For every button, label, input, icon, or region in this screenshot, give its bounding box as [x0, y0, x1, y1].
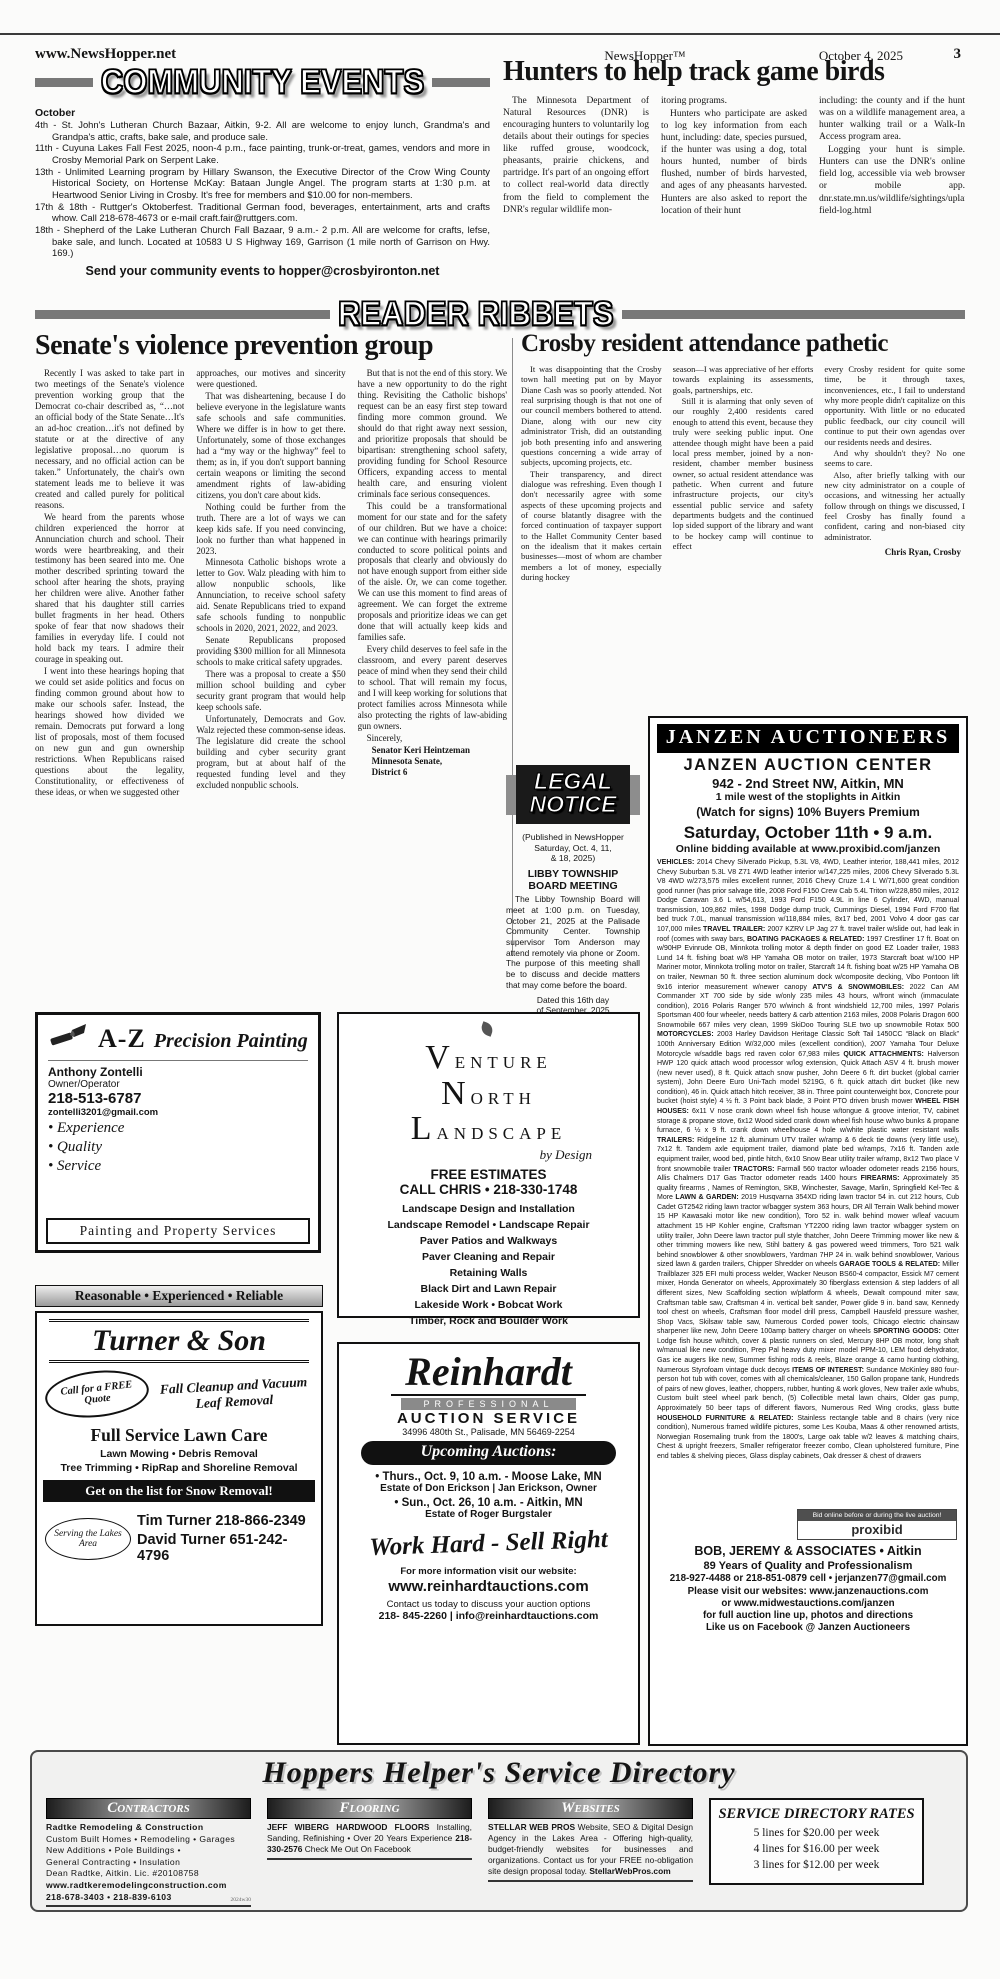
paragraph: But that is not the end of this story. W… — [358, 368, 507, 500]
turner-quote-badge: Call for a FREE Quote — [43, 1366, 151, 1423]
janzen-lineup-line: for full auction line up, photos and dir… — [657, 1610, 959, 1622]
paragraph: Still it is alarming that only seven of … — [673, 396, 814, 551]
senate-letter: Senate's violence prevention group Recen… — [35, 330, 507, 956]
paragraph: Their transparency, and direct dialogue … — [521, 469, 662, 583]
newspaper-page: www.NewsHopper.net NewsHopper™ October 4… — [0, 0, 1000, 1979]
ad-line: Radtke Remodeling & Construction — [46, 1822, 251, 1834]
legal-title: LIBBY TOWNSHIP BOARD MEETING — [506, 868, 640, 892]
az-brand: A-Z Precision Painting — [98, 1024, 308, 1054]
rate-line: 4 lines for $16.00 per week — [717, 1843, 916, 1855]
directory-websites: Websites STELLAR WEB PROS Website, SEO &… — [488, 1798, 693, 1882]
az-bullet: • Experience — [48, 1120, 308, 1137]
paragraph: That was disheartening, because I do bel… — [196, 391, 345, 501]
flooring-heading: Flooring — [267, 1798, 472, 1819]
ad-line: Dean Radtke, Aitkin. Lic. #20108758 — [46, 1868, 251, 1880]
hunters-article: Hunters to help track game birds The Min… — [503, 56, 965, 257]
auction-date-line: • Thurs., Oct. 9, 10 a.m. - Moose Lake, … — [347, 1471, 630, 1483]
banner-bar — [35, 78, 93, 87]
service-line: Landscape Remodel • Landscape Repair — [345, 1219, 632, 1231]
events-list: 4th - St. John's Lutheran Church Bazaar,… — [35, 119, 490, 259]
paragraph: There was a proposal to create a $50 mil… — [196, 669, 345, 713]
turner-contacts: Tim Turner 218-866-2349David Turner 651-… — [137, 1510, 313, 1567]
banner-bar — [622, 310, 965, 319]
category-label: FIREARMS: — [861, 1175, 904, 1182]
directory-rates-box: SERVICE DIRECTORY RATES 5 lines for $20.… — [709, 1798, 924, 1885]
janzen-associates-line: BOB, JEREMY & ASSOCIATES • Aitkin — [657, 1544, 959, 1560]
site-url: www.NewsHopper.net — [35, 46, 176, 63]
az-bullet: • Service — [48, 1158, 308, 1175]
rate-line: 5 lines for $20.00 per week — [717, 1827, 916, 1839]
crosby-column-3: every Crosby resident for quite some tim… — [824, 364, 965, 696]
rates-heading: SERVICE DIRECTORY RATES — [717, 1806, 916, 1823]
hunters-column-3: including: the county and if the hunt wa… — [819, 95, 965, 257]
turner-brand: Turner & Son — [49, 1319, 309, 1363]
reader-ribbets-banner: READER RIBBETS — [35, 296, 965, 332]
az-precision-painting-ad: A-Z Precision Painting Anthony Zontelli … — [35, 1012, 321, 1253]
contact-line: Tim Turner 218-866-2349 — [137, 1513, 313, 1529]
service-line: Black Dirt and Lawn Repair — [345, 1283, 632, 1295]
rate-line: 3 lines for $12.00 per week — [717, 1859, 916, 1871]
venture-brand-line-1: VENTURE — [345, 1040, 632, 1076]
venture-north-ad: VENTURE NORTH LANDSCAPE by Design FREE E… — [337, 1012, 640, 1318]
janzen-website-line-1: Please visit our websites: www.janzenauc… — [657, 1586, 959, 1598]
contractors-heading: Contractors — [46, 1798, 251, 1819]
category-label: TRACTORS: — [733, 1166, 777, 1173]
legal-published-line: (Published in NewsHopper Saturday, Oct. … — [506, 832, 640, 864]
banner-title: READER RIBBETS — [330, 294, 622, 334]
service-line: Paver Patios and Walkways — [345, 1235, 632, 1247]
turner-fall-line: Fall Cleanup and Vacuum Leaf Removal — [154, 1374, 313, 1414]
hunters-column-2: itoring programs.Hunters who participate… — [661, 95, 807, 257]
reinhardt-upcoming-banner: Upcoming Auctions: — [361, 1441, 616, 1465]
turner-bottom-row: Serving the Lakes Area Tim Turner 218-86… — [45, 1510, 313, 1567]
janzen-sale-date: Saturday, October 11th • 9 a.m. — [657, 823, 959, 843]
category-label: BOATING PACKAGES & RELATED: — [747, 936, 867, 943]
paragraph: itoring programs. — [661, 95, 807, 107]
senate-column-3: But that is not the end of this story. W… — [358, 368, 507, 956]
paragraph: every Crosby resident for quite some tim… — [824, 364, 965, 447]
janzen-watch-line: (Watch for signs) 10% Buyers Premium — [657, 805, 959, 819]
service-line: Landscape Design and Installation — [345, 1203, 632, 1215]
legal-black-box: LEGAL NOTICE — [516, 765, 630, 824]
reinhardt-professional: PROFESSIONAL — [401, 1398, 576, 1410]
community-events-banner: COMMUNITY EVENTS — [35, 64, 490, 100]
janzen-facebook-line: Like us on Facebook @ Janzen Auctioneers — [657, 1622, 959, 1634]
directory-contractors: Contractors Radtke Remodeling & Construc… — [46, 1798, 251, 1907]
event-item: 11th - Cuyuna Lakes Fall Fest 2025, noon… — [35, 142, 490, 165]
venture-tagline: by Design — [345, 1147, 592, 1163]
auction-estate-line: Estate of Roger Burgstaler — [347, 1509, 630, 1520]
ad-line: General Contracting • Insulation — [46, 1857, 251, 1869]
auction-date-line: • Sun., Oct. 26, 10 a.m. - Aitkin, MN — [347, 1497, 630, 1509]
category-label: ATV'S & SNOWMOBILES: — [812, 984, 909, 991]
hunters-headline: Hunters to help track game birds — [503, 56, 965, 88]
az-brand-name: Precision Painting — [154, 1030, 308, 1052]
janzen-auctioneers-ad: JANZEN AUCTIONEERS JANZEN AUCTION CENTER… — [648, 716, 968, 1746]
reinhardt-website: www.reinhardtauctions.com — [347, 1578, 630, 1595]
service-line: Lawn Mowing • Debris Removal — [45, 1448, 313, 1460]
category-label: QUICK ATTACHMENTS: — [843, 1051, 927, 1058]
radtke-lines: Radtke Remodeling & ConstructionCustom B… — [46, 1822, 251, 1903]
crosby-letter: Crosby resident attendance pathetic It w… — [521, 330, 965, 696]
venture-brand-line-3: LANDSCAPE — [345, 1111, 632, 1147]
paragraph: Also, after briefly talking with our new… — [824, 470, 965, 543]
crosby-column-1: It was disappointing that the Crosby tow… — [521, 364, 662, 696]
paragraph: Every child deserves to feel safe in the… — [358, 644, 507, 732]
janzen-address-2: 1 mile west of the stoplights in Aitkin — [657, 791, 959, 803]
banner-bar — [432, 78, 490, 87]
category-label: MOTORCYCLES: — [657, 1031, 717, 1038]
janzen-online-line: Online bidding available at www.proxibid… — [657, 843, 959, 855]
category-label: JEFF WIBERG HARDWOOD FLOORS — [267, 1822, 437, 1832]
turner-top-line: Reasonable • Experienced • Reliable — [35, 1285, 323, 1307]
service-line: Timber, Rock and Boulder Work — [345, 1315, 632, 1327]
paragraph: Senate Republicans proposed providing $3… — [196, 635, 345, 668]
az-phone: 218-513-6787 — [48, 1090, 308, 1107]
az-owner-name: Anthony Zontelli — [48, 1065, 308, 1079]
banner-bar — [35, 310, 330, 319]
reinhardt-auction-1: • Thurs., Oct. 9, 10 a.m. - Moose Lake, … — [347, 1471, 630, 1494]
ad-line: 218-678-3403 • 218-839-6103 — [46, 1892, 251, 1904]
proxibid-box: Bid online before or during the live auc… — [797, 1509, 957, 1540]
turner-services-list: Lawn Mowing • Debris RemovalTree Trimmin… — [45, 1448, 313, 1474]
ad-line: New Additions • Pole Buildings • — [46, 1845, 251, 1857]
ad-line: www.radtkeremodelingconstruction.com — [46, 1880, 251, 1892]
category-label: ITEMS OF INTEREST: — [792, 1367, 866, 1374]
az-bullet-list: • Experience• Quality• Service — [48, 1120, 308, 1175]
proxibid-logo: proxibid — [798, 1521, 956, 1539]
paragraph: This could be a transformational moment … — [358, 501, 507, 644]
service-line: Retaining Walls — [345, 1267, 632, 1279]
radtke-ad-code: 2024w30 — [231, 1897, 251, 1903]
reinhardt-address: 34996 480th St., Palisade, MN 56469-2254 — [347, 1427, 630, 1437]
turner-snow-bar: Get on the list for Snow Removal! — [43, 1480, 315, 1502]
janzen-address: 942 - 2nd Street NW, Aitkin, MN — [657, 776, 959, 791]
rates-lines: 5 lines for $20.00 per week4 lines for $… — [717, 1827, 916, 1871]
az-footer-strip: Painting and Property Services — [46, 1218, 310, 1244]
turner-serving-badge: Serving the Lakes Area — [45, 1518, 131, 1560]
paragraph: Nothing could be further from the truth.… — [196, 502, 345, 557]
az-brand-az: A-Z — [98, 1024, 146, 1053]
directory-title: Hoppers Helper's Service Directory — [46, 1756, 952, 1790]
turner-box: Turner & Son Call for a FREE Quote Fall … — [35, 1311, 323, 1626]
event-item: 4th - St. John's Lutheran Church Bazaar,… — [35, 119, 490, 142]
crosby-column-3-text: every Crosby resident for quite some tim… — [824, 364, 965, 542]
paragraph: Logging your hunt is simple. Hunters can… — [819, 144, 965, 216]
signature-line: District 6 — [358, 767, 507, 778]
legal-label-line1: LEGAL — [518, 770, 628, 793]
paragraph: The Minnesota Department of Natural Reso… — [503, 95, 649, 216]
category-label: SPORTING GOODS: — [873, 1328, 943, 1335]
event-item: 18th - Shepherd of the Lake Lutheran Chu… — [35, 224, 490, 259]
janzen-footer: BOB, JEREMY & ASSOCIATES • Aitkin 89 Yea… — [657, 1544, 959, 1635]
banner-title: COMMUNITY EVENTS — [93, 62, 432, 102]
crosby-signature: Chris Ryan, Crosby — [824, 547, 965, 558]
category-label: VEHICLES: — [657, 859, 697, 866]
service-line: Lakeside Work • Bobcat Work — [345, 1299, 632, 1311]
janzen-website-line-2: or www.midwestauctions.com/janzen — [657, 1598, 959, 1610]
venture-call-line: CALL CHRIS • 218-330-1748 — [345, 1182, 632, 1197]
paragraph: approaches, our motives and sincerity we… — [196, 368, 345, 390]
leaf-icon — [479, 1021, 494, 1036]
paragraph: Unfortunately, Democrats and Gov. Walz r… — [196, 714, 345, 791]
senate-column-3-text: But that is not the end of this story. W… — [358, 368, 507, 744]
reinhardt-auction-ad: Reinhardt PROFESSIONAL AUCTION SERVICE 3… — [337, 1342, 640, 1745]
senate-signature: Senator Keri HeintzemanMinnesota Senate,… — [358, 745, 507, 778]
paragraph: Recently I was asked to take part in two… — [35, 368, 184, 511]
contact-line: David Turner 651-242-4796 — [137, 1532, 313, 1564]
paragraph: Hunters who participate are asked to log… — [661, 108, 807, 217]
category-label: WHEEL FISH HOUSES: — [657, 1098, 959, 1115]
category-label: TRAVEL TRAILER: — [703, 926, 767, 933]
az-owner-role: Owner/Operator — [48, 1079, 308, 1090]
events-month-label: October — [35, 107, 490, 119]
turner-and-son-ad: Reasonable • Experienced • Reliable Turn… — [35, 1285, 323, 1625]
az-logo: A-Z Precision Painting — [48, 1021, 308, 1061]
paragraph: season—I was appreciative of her efforts… — [673, 364, 814, 395]
hunters-columns: The Minnesota Department of Natural Reso… — [503, 95, 965, 257]
senate-column-2: approaches, our motives and sincerity we… — [196, 368, 345, 956]
service-line: Tree Trimming • RipRap and Shoreline Rem… — [45, 1462, 313, 1474]
events-submit-line: Send your community events to hopper@cro… — [35, 264, 490, 278]
websites-ad: STELLAR WEB PROS Website, SEO & Digital … — [488, 1822, 693, 1882]
janzen-center-name: JANZEN AUCTION CENTER — [657, 756, 959, 775]
paragraph: And why shouldn't they? No one seems to … — [824, 448, 965, 469]
senate-headline: Senate's violence prevention group — [35, 330, 507, 362]
ad-line: Custom Built Homes • Remodeling • Garage… — [46, 1834, 251, 1846]
category-label: GARAGE TOOLS & RELATED: — [839, 1261, 942, 1268]
az-bullet: • Quality — [48, 1139, 308, 1156]
paragraph: Sincerely, — [358, 733, 507, 744]
venture-brand-line-2: NORTH — [345, 1076, 632, 1112]
directory-columns: Contractors Radtke Remodeling & Construc… — [46, 1798, 952, 1907]
paragraph: It was disappointing that the Crosby tow… — [521, 364, 662, 468]
legal-label-line2: NOTICE — [518, 793, 628, 816]
top-rule — [0, 33, 1000, 35]
janzen-header: JANZEN AUCTIONEERS — [657, 724, 959, 753]
janzen-listing-body: VEHICLES: 2014 Chevy Silverado Pickup, 5… — [657, 858, 959, 1506]
service-line: Paver Cleaning and Repair — [345, 1251, 632, 1263]
event-item: 13th - Unlimited Learning program by Hil… — [35, 166, 490, 201]
paragraph: We heard from the parents whose children… — [35, 512, 184, 666]
paragraph: Minnesota Catholic bishops wrote a lette… — [196, 557, 345, 634]
paragraph: including: the county and if the hunt wa… — [819, 95, 965, 143]
event-item: 17th & 18th - Ruttger's Oktoberfest. Tra… — [35, 201, 490, 224]
auction-estate-line: Estate of Don Erickson | Jan Erickson, O… — [347, 1483, 630, 1494]
flooring-ad: JEFF WIBERG HARDWOOD FLOORS Installing, … — [267, 1822, 472, 1860]
radtke-ad: Radtke Remodeling & ConstructionCustom B… — [46, 1822, 251, 1907]
crosby-column-2: season—I was appreciative of her efforts… — [673, 364, 814, 696]
signature-line: Minnesota Senate, — [358, 756, 507, 767]
category-label: StellarWebPros.com — [589, 1866, 670, 1876]
janzen-phone-line: 218-927-4488 or 218-851-0879 cell • jerj… — [657, 1573, 959, 1585]
crosby-columns: It was disappointing that the Crosby tow… — [521, 364, 965, 696]
category-label: STELLAR WEB PROS — [488, 1822, 578, 1832]
reinhardt-service-line: AUCTION SERVICE — [347, 1410, 630, 1427]
hunters-column-1: The Minnesota Department of Natural Reso… — [503, 95, 649, 257]
senate-column-1: Recently I was asked to take part in two… — [35, 368, 184, 956]
signature-line: Senator Keri Heintzeman — [358, 745, 507, 756]
turner-main-line: Full Service Lawn Care — [45, 1425, 313, 1446]
websites-heading: Websites — [488, 1798, 693, 1819]
category-label: TRAILERS: — [657, 1137, 697, 1144]
az-email: zontelli3201@gmail.com — [48, 1107, 308, 1118]
reinhardt-brand: Reinhardt — [391, 1352, 586, 1396]
reinhardt-auction-2: • Sun., Oct. 26, 10 a.m. - Aitkin, MN Es… — [347, 1497, 630, 1520]
reinhardt-contact-line: Contact us today to discuss your auction… — [347, 1599, 630, 1610]
paintbrush-icon — [48, 1021, 90, 1056]
legal-notice-box: LEGAL NOTICE — [506, 765, 640, 824]
venture-services-list: Landscape Design and InstallationLandsca… — [345, 1203, 632, 1327]
legal-body: The Libby Township Board will meet at 1:… — [506, 894, 640, 990]
proxibid-bar-text: Bid online before or during the live auc… — [798, 1510, 956, 1521]
crosby-headline: Crosby resident attendance pathetic — [521, 330, 965, 358]
legal-notice: LEGAL NOTICE (Published in NewsHopper Sa… — [506, 765, 640, 1047]
reinhardt-phone-line: 218- 845-2260 | info@reinhardtauctions.c… — [347, 1610, 630, 1622]
service-directory: Hoppers Helper's Service Directory Contr… — [30, 1750, 968, 1912]
community-events-section: COMMUNITY EVENTS October 4th - St. John'… — [35, 64, 490, 278]
category-label: HOUSEHOLD FURNITURE & RELATED: — [657, 1415, 797, 1422]
reinhardt-slogan: Work Hard - Sell Right — [347, 1525, 631, 1563]
venture-free-estimates: FREE ESTIMATES — [345, 1167, 632, 1182]
category-label: LAWN & GARDEN: — [675, 1194, 741, 1201]
senate-columns: Recently I was asked to take part in two… — [35, 368, 507, 956]
paragraph: I went into these hearings hoping that w… — [35, 666, 184, 798]
turner-mid-row: Call for a FREE Quote Fall Cleanup and V… — [45, 1371, 313, 1417]
reinhardt-info-line: For more information visit our website: — [347, 1566, 630, 1577]
category-label: 218-330-2576 — [267, 1833, 472, 1854]
janzen-years-line: 89 Years of Quality and Professionalism — [657, 1560, 959, 1574]
az-contact-block: Anthony Zontelli Owner/Operator 218-513-… — [48, 1065, 308, 1118]
directory-flooring: Flooring JEFF WIBERG HARDWOOD FLOORS Ins… — [267, 1798, 472, 1860]
